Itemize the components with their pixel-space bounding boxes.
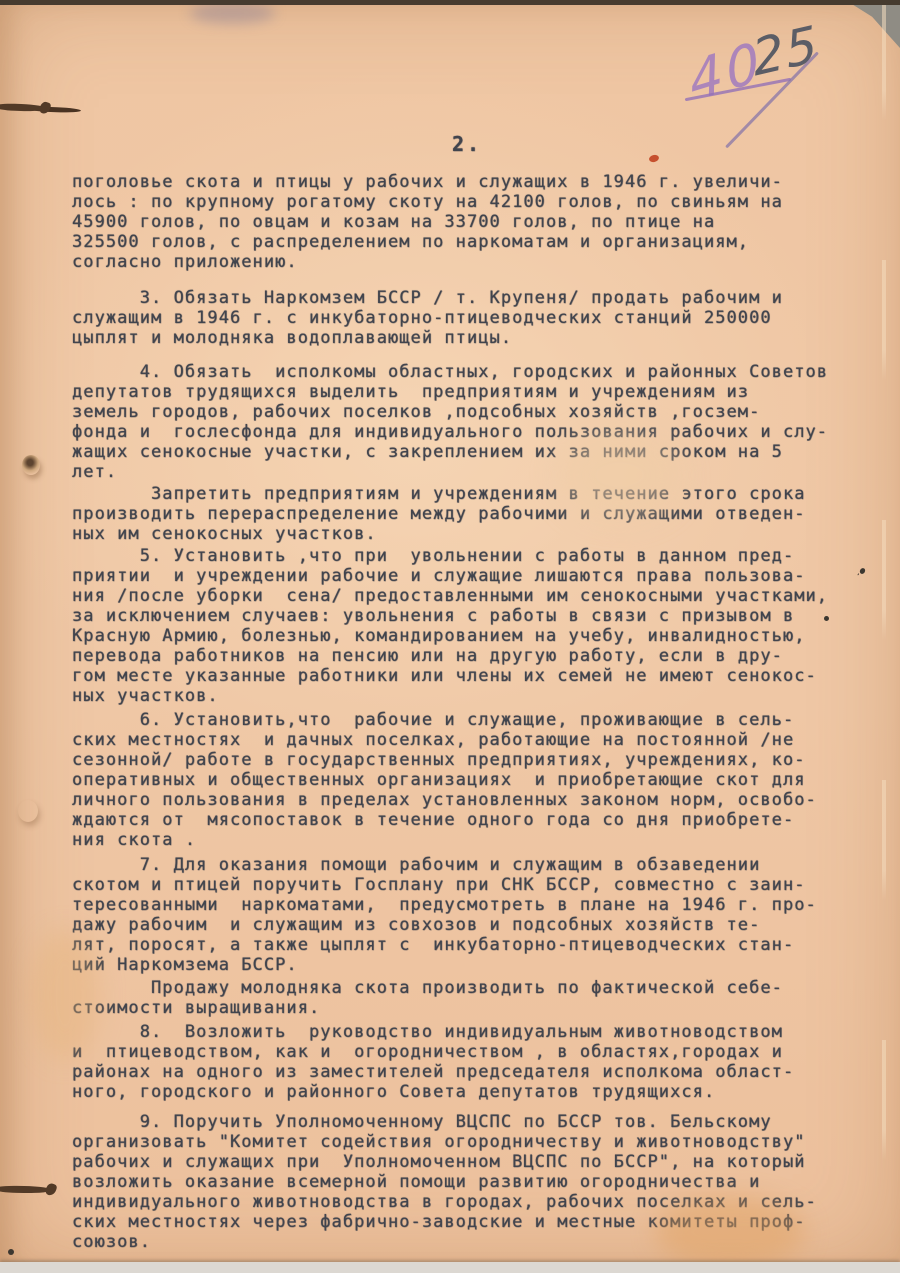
paragraph-item-4: 4. Обязать исполкомы областных, городски… [72,362,828,482]
paragraph-item-4-note: Запретить предприятиям и учреждениям в т… [72,484,806,544]
paragraph-intro-continuation: поголовье скота и птицы у рабочих и служ… [72,172,783,272]
scanned-document-page: 2. поголовье скота и птицы у рабочих и с… [0,0,900,1273]
paragraph-item-5: 5. Установить ,что при увольнении с рабо… [72,546,828,706]
paragraph-item-7-note: Продажу молодняка скота производить по ф… [72,978,783,1018]
ink-smudge [190,2,275,24]
paragraph-item-9: 9. Поручить Уполномоченному ВЦСПС по БСС… [72,1112,817,1252]
pencil-stroke-mark [0,1186,52,1194]
ink-speck [8,1249,14,1255]
scan-edge-top [0,0,900,5]
handwritten-page-number: 25 [749,14,822,87]
page-number: 2. [452,134,482,154]
binding-hole [18,800,38,822]
pencil-stroke-mark [0,103,46,112]
ink-speck [824,616,829,621]
paragraph-item-3: 3. Обязать Наркомзем БССР / т. Крупеня/ … [72,288,783,348]
paragraph-item-6: 6. Установить,что рабочие и служащие, пр… [72,710,817,850]
torn-page-edge-highlight [882,0,886,1273]
red-dot-mark [648,154,659,163]
paragraph-item-8: 8. Возложить руководство индивидуальным … [72,1022,794,1102]
scan-edge-bottom [0,1262,900,1273]
paragraph-item-7: 7. Для оказания помощи рабочим и служащи… [72,855,817,975]
binding-hole [22,455,40,475]
